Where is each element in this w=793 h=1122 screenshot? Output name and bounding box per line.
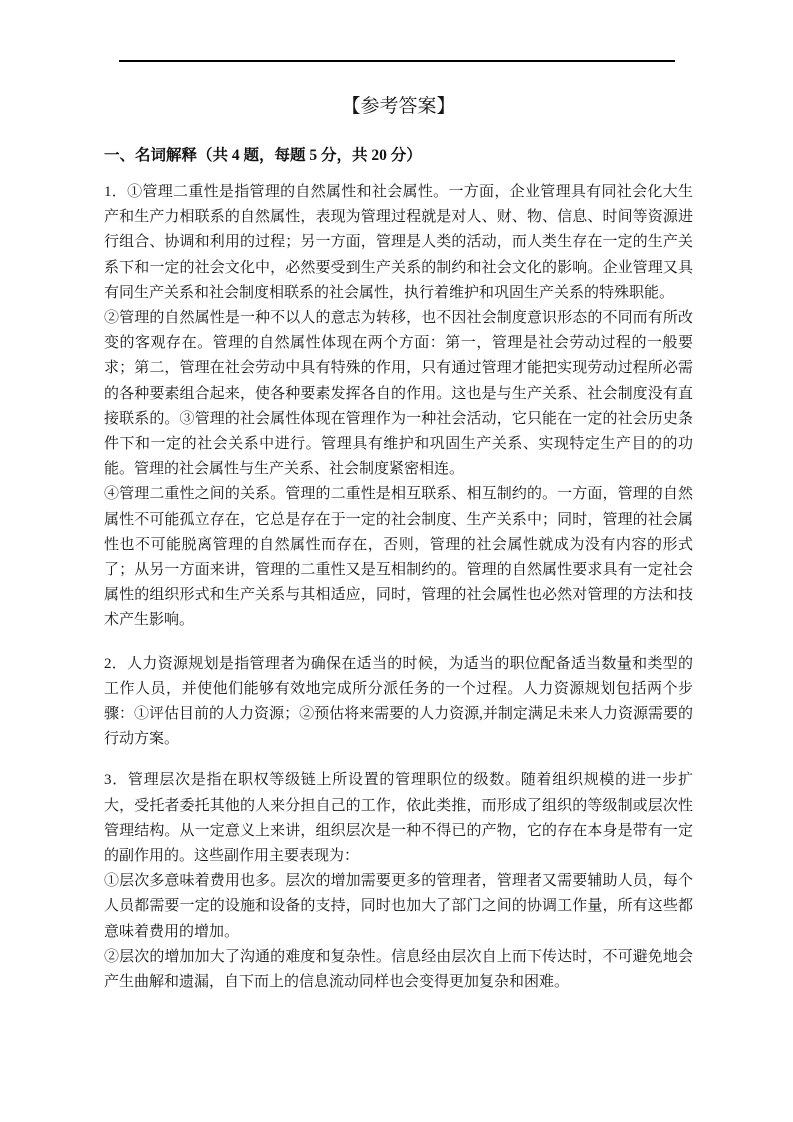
answer-paragraph-2: 2．人力资源规划是指管理者为确保在适当的时候，为适当的职位配备适当数量和类型的工… [104,652,693,753]
answer-paragraph-3-point1: ①层次多意味着费用也多。层次的增加需要更多的管理者，管理者又需要辅助人员，每个人… [104,869,693,945]
page-title: 【参考答案】 [104,94,693,120]
answer-paragraph-3-intro: 3．管理层次是指在职权等级链上所设置的管理职位的级数。随着组织规模的进一步扩大，… [104,768,693,869]
answer-paragraph-1-part1: 1．①管理二重性是指管理的自然属性和社会属性。一方面，企业管理具有同社会化大生产… [104,180,693,306]
answer-paragraph-1-part2: ②管理的自然属性是一种不以人的意志为转移，也不因社会制度意识形态的不同而有所改变… [104,306,693,482]
header-rule-line [119,60,675,62]
document-content: 【参考答案】 一、名词解释（共 4 题，每题 5 分，共 20 分） 1．①管理… [104,94,693,995]
section-heading: 一、名词解释（共 4 题，每题 5 分，共 20 分） [104,143,693,169]
answer-paragraph-1-part3: ④管理二重性之间的关系。管理的二重性是相互联系、相互制约的。一方面，管理的自然属… [104,482,693,633]
answer-paragraph-3-point2: ②层次的增加加大了沟通的难度和复杂性。信息经由层次自上而下传达时，不可避免地会产… [104,945,693,995]
document-page: 【参考答案】 一、名词解释（共 4 题，每题 5 分，共 20 分） 1．①管理… [0,0,793,1122]
